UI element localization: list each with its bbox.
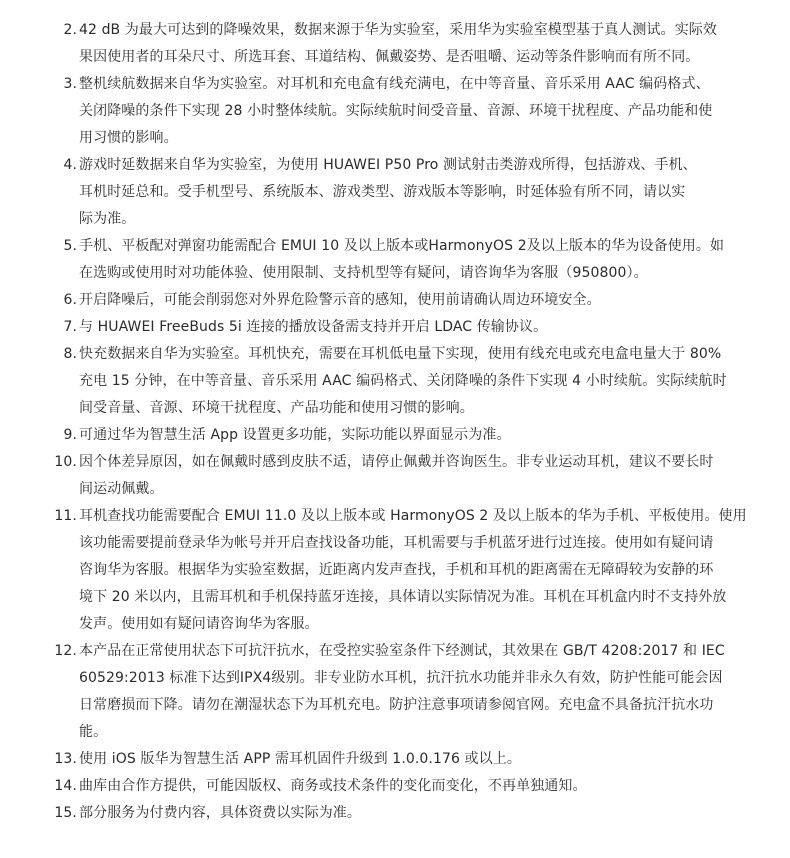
- footnote-number: 11.: [54, 503, 77, 530]
- footnote-number: 12.: [54, 638, 77, 665]
- footnote-5: 5. 手机、平板配对弹窗功能需配合 EMUI 10 及以上版本或HarmonyO…: [0, 233, 741, 287]
- footnote-text-line: 发声。使用如有疑问请咨询华为客服。: [79, 611, 741, 638]
- footnote-text-line: 境下 20 米以内，且需耳机和手机保持蓝牙连接，具体请以实际情况为准。耳机在耳机…: [79, 584, 741, 611]
- footnote-number: 2.: [63, 17, 77, 44]
- footnote-text-line: 能。: [79, 719, 741, 746]
- footnote-13: 13. 使用 iOS 版华为智慧生活 APP 需耳机固件升级到 1.0.0.17…: [0, 746, 741, 773]
- footnote-text-line: 使用 iOS 版华为智慧生活 APP 需耳机固件升级到 1.0.0.176 或以…: [79, 746, 741, 773]
- footnote-6: 6. 开启降噪后，可能会削弱您对外界危险警示音的感知，使用前请确认周边环境安全。: [0, 287, 741, 314]
- footnote-number: 10.: [54, 449, 77, 476]
- footnote-text-line: 在选购或使用时对功能体验、使用限制、支持机型等有疑问，请咨询华为客服（95080…: [79, 260, 741, 287]
- footnote-12: 12. 本产品在正常使用状态下可抗汗抗水，在受控实验室条件下经测试，其效果在 G…: [0, 638, 741, 746]
- footnote-text-line: 开启降噪后，可能会削弱您对外界危险警示音的感知，使用前请确认周边环境安全。: [79, 287, 741, 314]
- footnote-text-line: 快充数据来自华为实验室。耳机快充，需要在耳机低电量下实现，使用有线充电或充电盒电…: [79, 341, 741, 368]
- footnote-number: 9.: [63, 422, 77, 449]
- footnote-text-line: 与 HUAWEI FreeBuds 5i 连接的播放设备需支持并开启 LDAC …: [79, 314, 741, 341]
- footnote-text-line: 本产品在正常使用状态下可抗汗抗水，在受控实验室条件下经测试，其效果在 GB/T …: [79, 638, 741, 665]
- footnote-text-line: 充电 15 分钟，在中等音量、音乐采用 AAC 编码格式、关闭降噪的条件下实现 …: [79, 368, 741, 395]
- footnote-text-line: 手机、平板配对弹窗功能需配合 EMUI 10 及以上版本或HarmonyOS 2…: [79, 233, 741, 260]
- footnote-text-line: 可通过华为智慧生活 App 设置更多功能，实际功能以界面显示为准。: [79, 422, 741, 449]
- footnote-text-line: 关闭降噪的条件下实现 28 小时整体续航。实际续航时间受音量、音源、环境干扰程度…: [79, 98, 741, 125]
- footnote-number: 6.: [63, 287, 77, 314]
- footnote-text-line: 果因使用者的耳朵尺寸、所选耳套、耳道结构、佩戴姿势、是否咀嚼、运动等条件影响而有…: [79, 44, 741, 71]
- footnote-text-line: 整机续航数据来自华为实验室。对耳机和充电盒有线充满电，在中等音量、音乐采用 AA…: [79, 71, 741, 98]
- footnote-2: 2. 42 dB 为最大可达到的降噪效果，数据来源于华为实验室，采用华为实验室模…: [0, 17, 741, 71]
- footnote-text-line: 间受音量、音源、环境干扰程度、产品功能和使用习惯的影响。: [79, 395, 741, 422]
- footnote-text-line: 该功能需要提前登录华为帐号并开启查找设备功能，耳机需要与手机蓝牙进行过连接。使用…: [79, 530, 741, 557]
- footnote-number: 5.: [63, 233, 77, 260]
- footnote-text-line: 际为准。: [79, 206, 741, 233]
- footnote-text-line: 游戏时延数据来自华为实验室，为使用 HUAWEI P50 Pro 测试射击类游戏…: [79, 152, 741, 179]
- footnote-8: 8. 快充数据来自华为实验室。耳机快充，需要在耳机低电量下实现，使用有线充电或充…: [0, 341, 741, 422]
- footnote-text-line: 42 dB 为最大可达到的降噪效果，数据来源于华为实验室，采用华为实验室模型基于…: [79, 17, 741, 44]
- footnote-text-line: 咨询华为客服。根据华为实验室数据，近距离内发声查找，手机和耳机的距离需在无障碍较…: [79, 557, 741, 584]
- footnote-15: 15. 部分服务为付费内容，具体资费以实际为准。: [0, 800, 741, 827]
- footnotes-list: 2. 42 dB 为最大可达到的降噪效果，数据来源于华为实验室，采用华为实验室模…: [0, 0, 790, 827]
- footnote-text-line: 间运动佩戴。: [79, 476, 741, 503]
- footnote-text-line: 耳机时延总和。受手机型号、系统版本、游戏类型、游戏版本等影响，时延体验有所不同，…: [79, 179, 741, 206]
- footnote-14: 14. 曲库由合作方提供，可能因版权、商务或技术条件的变化而变化，不再单独通知。: [0, 773, 741, 800]
- footnote-number: 8.: [63, 341, 77, 368]
- footnote-number: 3.: [63, 71, 77, 98]
- footnote-11: 11. 耳机查找功能需要配合 EMUI 11.0 及以上版本或 HarmonyO…: [0, 503, 741, 638]
- footnote-number: 7.: [63, 314, 77, 341]
- footnote-text-line: 日常磨损而下降。请勿在潮湿状态下为耳机充电。防护注意事项请参阅官网。充电盒不具备…: [79, 692, 741, 719]
- footnote-text-line: 曲库由合作方提供，可能因版权、商务或技术条件的变化而变化，不再单独通知。: [79, 773, 741, 800]
- footnote-9: 9. 可通过华为智慧生活 App 设置更多功能，实际功能以界面显示为准。: [0, 422, 741, 449]
- footnote-text-line: 部分服务为付费内容，具体资费以实际为准。: [79, 800, 741, 827]
- footnote-10: 10. 因个体差异原因，如在佩戴时感到皮肤不适，请停止佩戴并咨询医生。非专业运动…: [0, 449, 741, 503]
- footnote-4: 4. 游戏时延数据来自华为实验室，为使用 HUAWEI P50 Pro 测试射击…: [0, 152, 741, 233]
- footnote-number: 4.: [63, 152, 77, 179]
- footnote-text-line: 60529:2013 标准下达到IPX4级别。非专业防水耳机，抗汗抗水功能并非永…: [79, 665, 741, 692]
- footnote-text-line: 因个体差异原因，如在佩戴时感到皮肤不适，请停止佩戴并咨询医生。非专业运动耳机，建…: [79, 449, 741, 476]
- footnote-text-line: 耳机查找功能需要配合 EMUI 11.0 及以上版本或 HarmonyOS 2 …: [79, 503, 741, 530]
- footnote-number: 13.: [54, 746, 77, 773]
- footnote-7: 7. 与 HUAWEI FreeBuds 5i 连接的播放设备需支持并开启 LD…: [0, 314, 741, 341]
- footnote-text-line: 用习惯的影响。: [79, 125, 741, 152]
- footnote-number: 14.: [54, 773, 77, 800]
- footnote-3: 3. 整机续航数据来自华为实验室。对耳机和充电盒有线充满电，在中等音量、音乐采用…: [0, 71, 741, 152]
- footnote-number: 15.: [54, 800, 77, 827]
